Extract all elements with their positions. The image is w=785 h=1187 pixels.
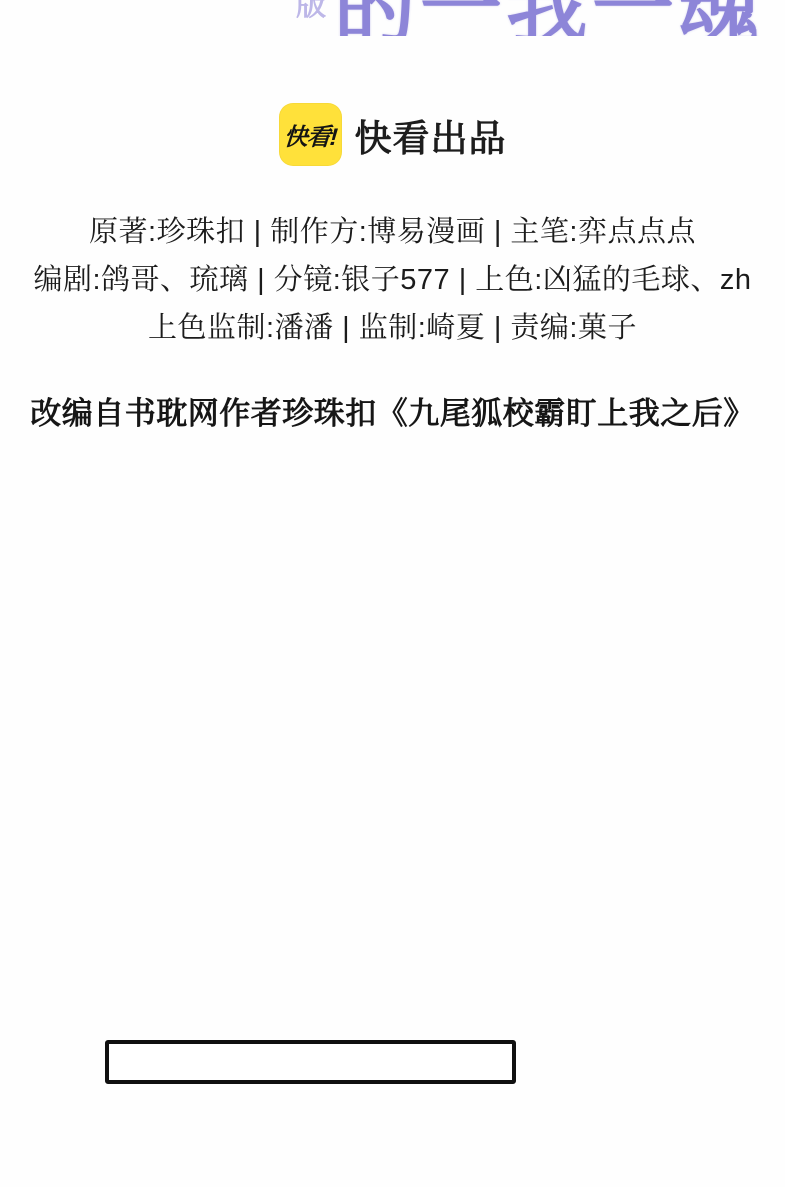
credit-line-production: 编剧:鸽哥、琉璃 | 分镜:银子577 | 上色:凶猛的毛球、zh (0, 256, 785, 304)
clipped-title-prefix: 版 (296, 0, 326, 24)
comic-credits-page: 版 的一我一魂 快看! 快看出品 原著:珍珠扣 | 制作方:博易漫画 | 主笔:… (0, 0, 785, 1187)
kuaikan-logo-icon: 快看! (279, 103, 342, 166)
clipped-title-text: 的一我一魂 (334, 0, 764, 36)
credit-line-authors: 原著:珍珠扣 | 制作方:博易漫画 | 主笔:弈点点点 (0, 208, 785, 256)
adaptation-note-text: 改编自书耽网作者珍珠扣《九尾狐校霸盯上我之后》 (30, 396, 755, 431)
adaptation-note: 改编自书耽网作者珍珠扣《九尾狐校霸盯上我之后》 (0, 394, 785, 434)
credits-block: 原著:珍珠扣 | 制作方:博易漫画 | 主笔:弈点点点 编剧:鸽哥、琉璃 | 分… (0, 208, 785, 352)
publisher-row: 快看! 快看出品 (0, 103, 785, 166)
empty-panel-box (105, 1040, 516, 1084)
kuaikan-logo-text: 快看! (282, 117, 337, 152)
publisher-label: 快看出品 (355, 108, 507, 162)
clipped-title-banner: 版 的一我一魂 (0, 0, 785, 36)
credit-line-supervision: 上色监制:潘潘 | 监制:崎夏 | 责编:菓子 (0, 304, 785, 352)
